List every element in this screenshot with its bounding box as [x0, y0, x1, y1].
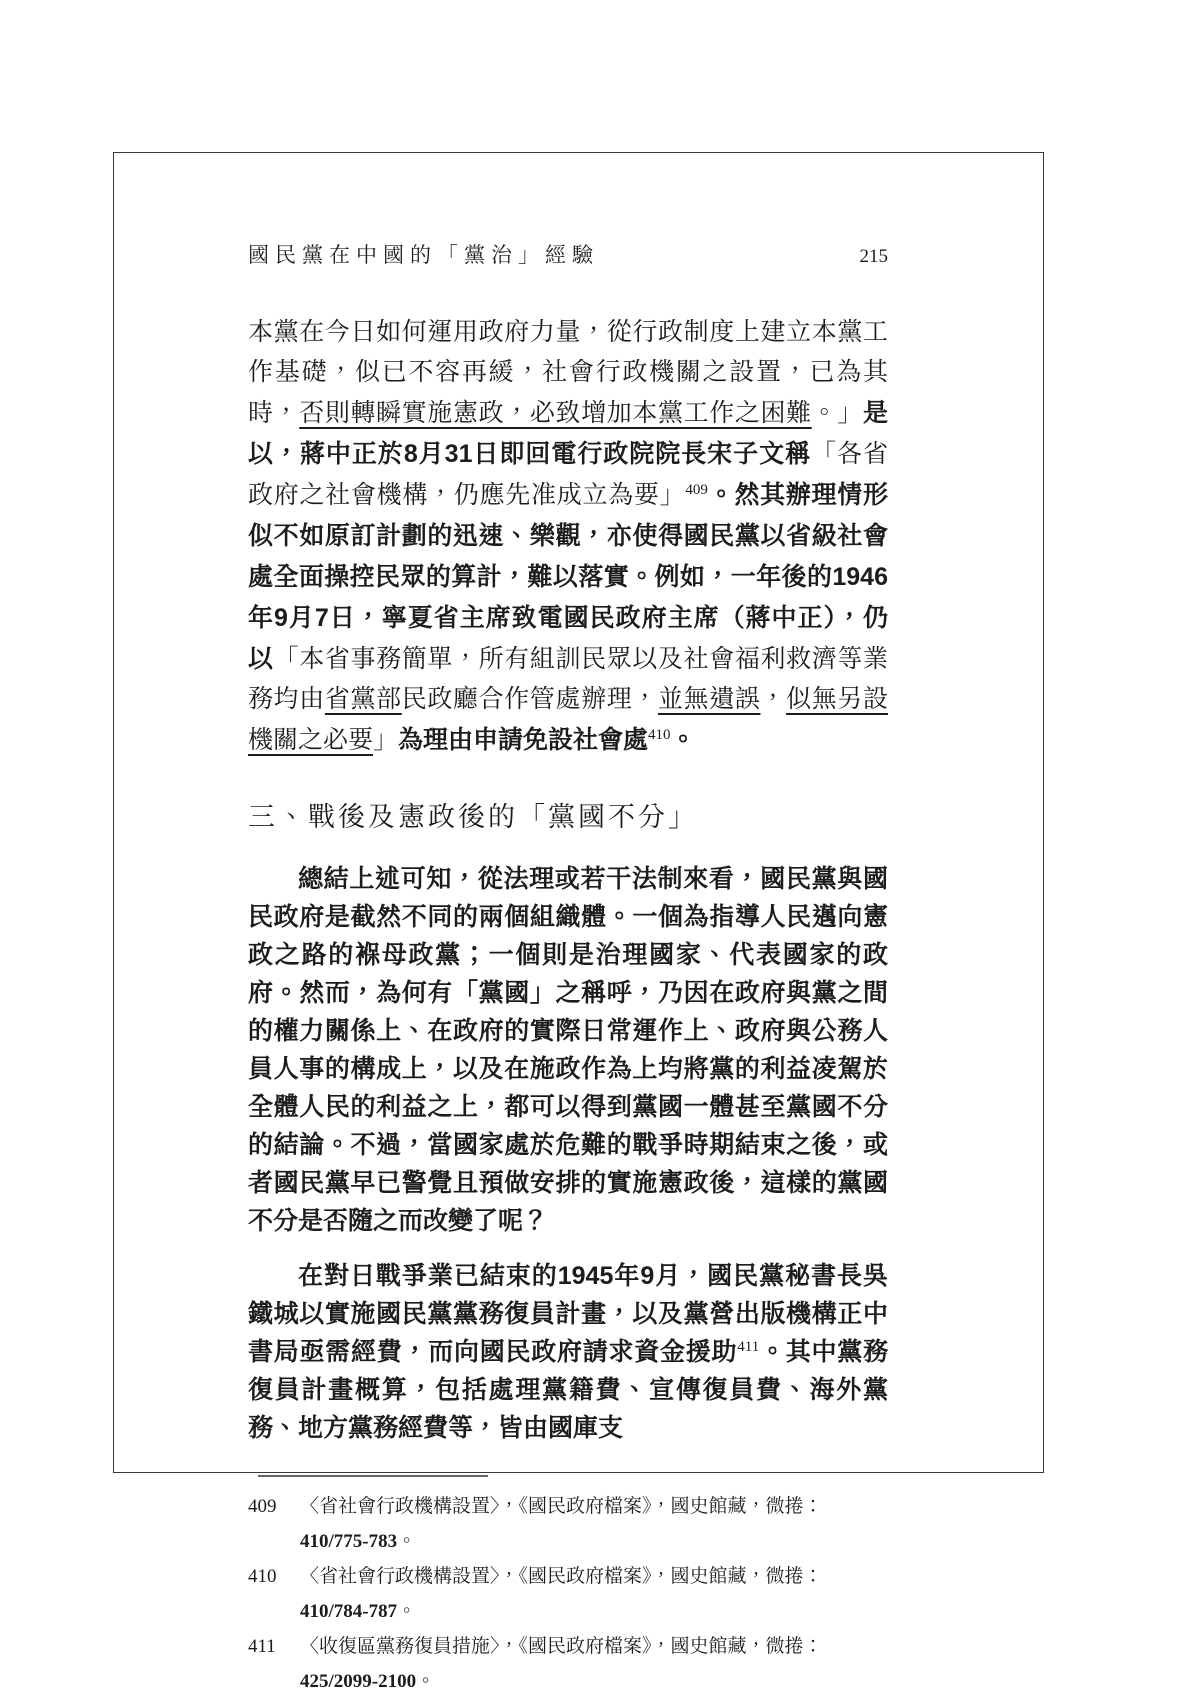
quote-paragraph: 本黨在今日如何運用政府力量，從行政制度上建立本黨工作基礎，似已不容再緩，社會行政… [248, 313, 888, 761]
footnote-separator [258, 1475, 488, 1477]
footnote-number: 410 [248, 1559, 300, 1629]
footnotes: 409 〈省社會行政機構設置〉，《國民政府檔案》，國史館藏，微捲：410/775… [248, 1489, 888, 1699]
footnote-410: 410 〈省社會行政機構設置〉，《國民政府檔案》，國史館藏，微捲：410/784… [248, 1559, 888, 1629]
footnote-411: 411 〈收復區黨務復員措施〉，《國民政府檔案》，國史館藏，微捲：425/209… [248, 1629, 888, 1699]
page-number: 215 [860, 246, 889, 268]
book-page: 國民黨在中國的「黨治」經驗 215 本黨在今日如何運用政府力量，從行政制度上建立… [113, 152, 1044, 1473]
running-title: 國民黨在中國的「黨治」經驗 [248, 239, 599, 269]
paragraph-postwar: 在對日戰爭業已結束的1945年9月，國民黨秘書長吳鐵城以實施國民黨黨務復員計畫，… [248, 1257, 888, 1447]
footnote-number: 409 [248, 1489, 300, 1559]
section-heading: 三、戰後及憲政後的「黨國不分」 [248, 795, 888, 834]
footnote-text: 〈收復區黨務復員措施〉，《國民政府檔案》，國史館藏，微捲：425/2099-21… [300, 1629, 888, 1699]
footnote-number: 411 [248, 1629, 300, 1699]
paragraph-conclusion: 總結上述可知，從法理或若干法制來看，國民黨與國民政府是截然不同的兩個組織體。一個… [248, 860, 888, 1240]
page-header: 國民黨在中國的「黨治」經驗 215 [248, 239, 888, 269]
footnote-text: 〈省社會行政機構設置〉，《國民政府檔案》，國史館藏，微捲：410/784-787… [300, 1559, 888, 1629]
footnote-409: 409 〈省社會行政機構設置〉，《國民政府檔案》，國史館藏，微捲：410/775… [248, 1489, 888, 1559]
footnote-text: 〈省社會行政機構設置〉，《國民政府檔案》，國史館藏，微捲：410/775-783… [300, 1489, 888, 1559]
page-content: 國民黨在中國的「黨治」經驗 215 本黨在今日如何運用政府力量，從行政制度上建立… [248, 239, 888, 1699]
